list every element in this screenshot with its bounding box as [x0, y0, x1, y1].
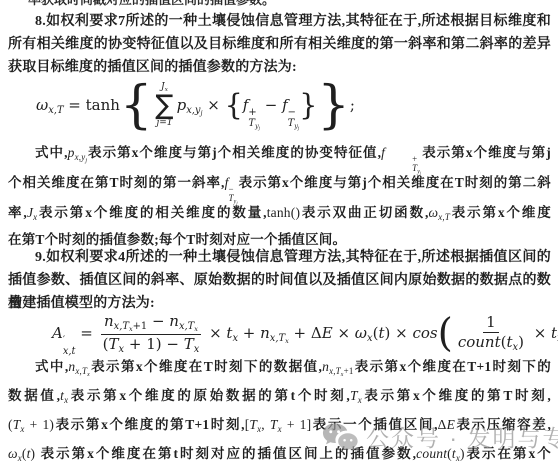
expl1-line-a: 式中,px,yj表示第x个维度与第j个相关维度的协变特征值,f+Tyj表示第x个…: [8, 138, 551, 168]
mi: T: [248, 118, 255, 129]
patent-claims-page: 率获取时间戳对应的插值区间的插值参数。 8.如权利要求7所述的一种土壤侵蚀信息管…: [0, 0, 558, 464]
mi: p: [68, 145, 75, 160]
mr: + Δ: [289, 324, 322, 342]
mi: n: [260, 324, 270, 342]
cn: 表示第x个维度在T时刻下的数据值,: [90, 359, 322, 374]
mr: tanh(): [267, 205, 300, 220]
msub: x,Tx+1: [329, 366, 353, 376]
mi: T: [270, 417, 278, 432]
expl1-line-b: 个相关维度在第T时刻的第一斜率,f−Tyj表示第x个维度与第j个相关维度在T时刻…: [8, 168, 551, 198]
mi: T: [350, 388, 358, 403]
cn: 表示第x个维度的第T+1时刻,: [54, 417, 245, 432]
mr: ×: [203, 96, 225, 114]
mi: x,T: [48, 105, 63, 116]
cn: 数据值,: [8, 388, 60, 403]
expl1-line-c: 率,Jx表示第x个维度的相关维度的数量,tanh()表示双曲正切函数,ωx,T表…: [8, 198, 551, 228]
formula-interpolation-parameter: ωx,T = tanh{Jx∑j=1px,yj × {f+Tyj − f−Tyj…: [36, 74, 355, 136]
wechat-icon: [322, 422, 359, 452]
mss: −Tyj: [288, 108, 300, 131]
mi: x,T: [329, 366, 341, 376]
mi: x,T: [438, 212, 450, 222]
clipped-previous-line: 率获取时间戳对应的插值区间的插值参数。: [28, 0, 278, 9]
mi: j: [298, 126, 299, 131]
claim-8-paragraph: 8.如权利要求7所述的一种土壤侵蚀信息管理方法,其特征在于,所述根据目标维度和 …: [8, 10, 551, 79]
claim-8-line-1: 8.如权利要求7所述的一种土壤侵蚀信息管理方法,其特征在于,所述根据目标维度和: [8, 10, 551, 33]
mbig: {: [225, 95, 243, 118]
mi: n: [104, 312, 114, 330]
msigma: ∑: [155, 93, 173, 119]
mi: ω: [355, 324, 367, 342]
msub: x: [194, 325, 198, 333]
mi: n: [169, 312, 179, 330]
mr: = tanh: [64, 96, 120, 114]
mr: +1: [133, 321, 148, 332]
cn: 式中,: [35, 359, 68, 374]
mbig: }: [317, 86, 349, 127]
msub: x,T: [438, 212, 450, 222]
mi: x,y: [75, 152, 86, 162]
mi: count: [458, 333, 501, 351]
mi: cos: [412, 324, 437, 342]
mfrac: 1count(tx): [455, 313, 527, 354]
mi: T: [184, 335, 194, 353]
mr: ×: [204, 324, 226, 342]
cn: 表示第x个维度的第T时刻,: [362, 388, 551, 403]
mfrac: nx,Tx+1 − nx,Tx(Tx + 1) − Tx: [100, 312, 203, 356]
mi: T: [249, 417, 257, 432]
mr: ): [518, 333, 524, 351]
cn: 表示第x个维度与第j: [421, 145, 551, 160]
expl2-line-b: 数据值,tx表示第x个维度的原始数据的第t个时刻,Tx表示第x个维度的第T时刻,: [8, 381, 551, 410]
mr: ×: [390, 324, 412, 342]
mr: +1: [344, 366, 354, 376]
msub: x,yj: [186, 105, 202, 116]
msub: x,Tx: [75, 366, 90, 376]
mi: p: [177, 96, 187, 114]
claim-9-line-2: 插值参数、插值区间的斜率、原始数据的时间值以及插值区间内原始数据的数据点的数量: [8, 269, 551, 292]
mr: ×: [529, 324, 551, 342]
mi: ω: [8, 446, 18, 461]
cn: 表示双曲正切函数,: [300, 205, 428, 220]
mss-sub: Tyj: [248, 119, 260, 132]
mr: −: [288, 107, 296, 118]
msub: x,T: [48, 105, 63, 116]
cn: ;: [350, 96, 355, 114]
watermark: 公众号 · 发明与专利: [322, 420, 558, 453]
mr: =1: [159, 118, 172, 128]
mss-sub: Tyj: [288, 119, 300, 132]
mi: T: [109, 335, 119, 353]
cn: 表示第x个维度在T+1时刻下的: [354, 359, 552, 374]
mbig: {: [120, 86, 152, 127]
formula-1-explanation: 式中,px,yj表示第x个维度与第j个相关维度的协变特征值,f+Tyj表示第x个…: [8, 138, 551, 252]
mr: + 1): [25, 417, 55, 432]
mnum: 1: [483, 313, 499, 333]
mr: ,: [261, 417, 270, 432]
mr: −: [147, 312, 169, 330]
mi: j: [259, 126, 260, 131]
cn: 表示第x个维度与第j个相关维度在T时刻的第二斜: [238, 175, 551, 190]
mr: ×: [333, 324, 355, 342]
msub: x,Tx: [179, 321, 198, 332]
mlim: j=1: [156, 119, 172, 129]
mi: x,T: [270, 333, 285, 344]
mss: +Tyj: [248, 108, 260, 131]
mi: ω: [36, 96, 48, 114]
mi: x,T: [114, 321, 129, 332]
msub: yj: [255, 122, 260, 130]
mr: 1: [486, 313, 496, 331]
watermark-text: 公众号 · 发明与专利: [366, 420, 558, 453]
msub: j: [259, 126, 260, 131]
clipped-line-text: 率获取时间戳对应的插值区间的插值参数。: [28, 0, 278, 8]
cn: 式中,: [35, 145, 68, 160]
mi: x,y: [186, 105, 200, 116]
claim-9-paragraph: 9.如权利要求4所述的一种土壤侵蚀信息管理方法,其特征在于,所述根据插值区间的 …: [8, 246, 551, 315]
mbig: }: [299, 95, 317, 118]
msub: j: [298, 126, 299, 131]
mi: x,T: [179, 321, 194, 332]
cn: 个相关维度在第T时刻的第一斜率,: [8, 175, 225, 190]
cn: 率,: [8, 205, 27, 220]
mr: =: [76, 324, 98, 342]
mr: −: [260, 96, 282, 114]
claim-9-line-1: 9.如权利要求4所述的一种土壤侵蚀信息管理方法,其特征在于,所述根据插值区间的: [8, 246, 551, 269]
cn: 表示第x个维度与第j个相关维度的协变特征值,: [87, 145, 381, 160]
msub: x,Tx: [270, 333, 289, 344]
expl2-line-a: 式中,nx,Tx表示第x个维度在T时刻下的数据值,nx,Tx+1表示第x个维度在…: [8, 352, 551, 381]
msum: Jx∑j=1: [155, 83, 173, 129]
msub: yj: [294, 122, 299, 130]
mi: A: [52, 324, 63, 342]
msub: x,yj: [75, 152, 88, 162]
cn: 表示第x个维度: [450, 205, 551, 220]
mr: +: [248, 107, 256, 118]
mr: + 1]: [282, 417, 312, 432]
msub: x,Tx+1: [114, 321, 148, 332]
mr: + 1) −: [124, 335, 184, 353]
mi: E: [322, 324, 333, 342]
cn: 在第T个时刻的插值参数;每个T时刻对应一个插值区间。: [8, 232, 346, 247]
mr: ′: [63, 335, 65, 346]
mnum: nx,Tx+1 − nx,Tx: [101, 312, 201, 335]
mi: ω: [429, 205, 439, 220]
mr: +: [238, 324, 260, 342]
formula-interpolation-model: A′x,t = nx,Tx+1 − nx,Tx(Tx + 1) − Tx × t…: [52, 310, 558, 356]
claim-8-line-2: 所有相关维度的协变特征值以及目标维度和所有相关维度的第一斜率和第二斜率的差异: [8, 33, 551, 56]
cn: 表示第x个维度的原始数据的第t个时刻,: [68, 388, 350, 403]
mbig: (: [438, 318, 453, 349]
mi: x: [194, 325, 198, 333]
mi: x,T: [75, 366, 87, 376]
cn: 表示第x个维度的相关维度的数量,: [37, 205, 266, 220]
